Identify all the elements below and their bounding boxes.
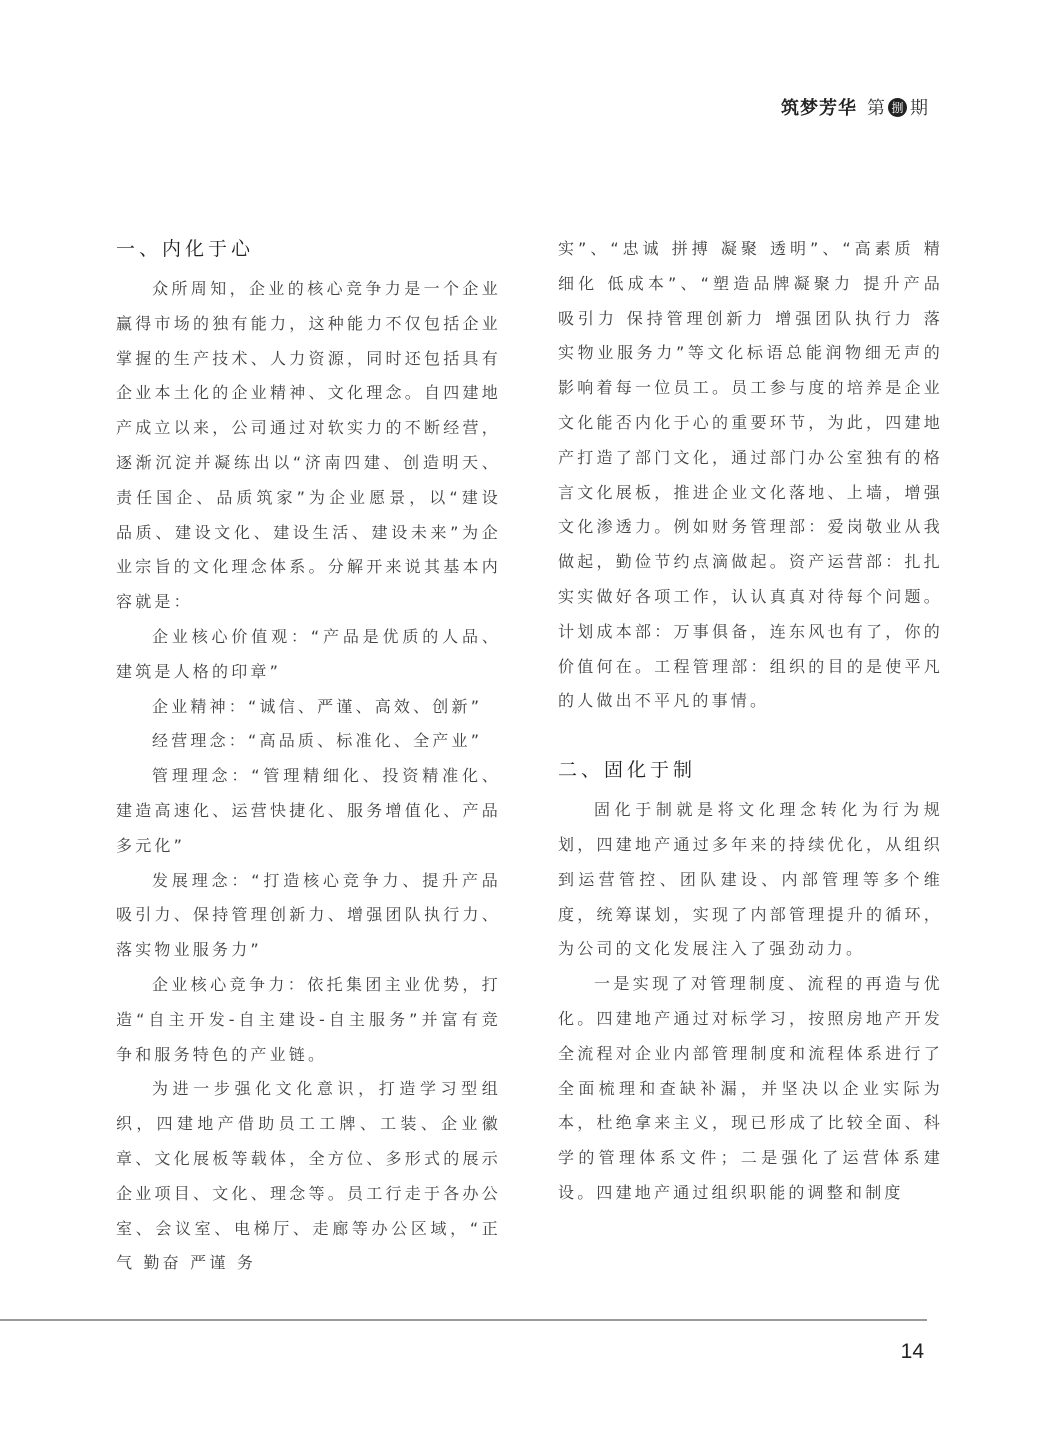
body-paragraph: 众所周知，企业的核心竞争力是一个企业赢得市场的独有能力，这种能力不仅包括企业掌握… [116, 272, 501, 620]
magazine-name: 筑梦芳华 [781, 94, 857, 120]
body-paragraph: 发展理念：“打造核心竞争力、提升产品吸引力、保持管理创新力、增强团队执行力、落实… [116, 864, 501, 968]
issue-label: 第 捌 期 [867, 94, 928, 120]
footer-divider [0, 1319, 927, 1321]
issue-suffix: 期 [910, 94, 928, 120]
body-paragraph: 企业核心价值观：“产品是优质的人品、建筑是人格的印章” [116, 620, 501, 690]
body-paragraph: 为进一步强化文化意识，打造学习型组织，四建地产借助员工工牌、工装、企业徽章、文化… [116, 1072, 501, 1281]
page-number: 14 [901, 1340, 924, 1364]
body-paragraph: 经营理念：“高品质、标准化、全产业” [116, 724, 501, 759]
running-header: 筑梦芳华 第 捌 期 [781, 94, 928, 120]
left-column: 一、内化于心 众所周知，企业的核心竞争力是一个企业赢得市场的独有能力，这种能力不… [116, 232, 501, 1281]
body-paragraph: 固化于制就是将文化理念转化为行为规划，四建地产通过多年来的持续优化，从组织到运营… [558, 793, 943, 967]
section-heading-2: 二、固化于制 [558, 755, 943, 785]
body-paragraph: 一是实现了对管理制度、流程的再造与优化。四建地产通过对标学习，按照房地产开发全流… [558, 967, 943, 1211]
body-paragraph-continuation: 实”、“忠诚 拼搏 凝聚 透明”、“高素质 精细化 低成本”、“塑造品牌凝聚力 … [558, 232, 943, 719]
section-heading-1: 一、内化于心 [116, 234, 501, 264]
body-paragraph: 管理理念：“管理精细化、投资精准化、建造高速化、运营快捷化、服务增值化、产品多元… [116, 759, 501, 863]
right-column: 实”、“忠诚 拼搏 凝聚 透明”、“高素质 精细化 低成本”、“塑造品牌凝聚力 … [558, 232, 943, 1211]
issue-prefix: 第 [867, 94, 885, 120]
issue-number-badge: 捌 [888, 98, 907, 117]
section-spacer [558, 719, 943, 753]
body-paragraph: 企业核心竞争力：依托集团主业优势，打造“自主开发-自主建设-自主服务”并富有竞争… [116, 968, 501, 1072]
body-paragraph: 企业精神：“诚信、严谨、高效、创新” [116, 690, 501, 725]
